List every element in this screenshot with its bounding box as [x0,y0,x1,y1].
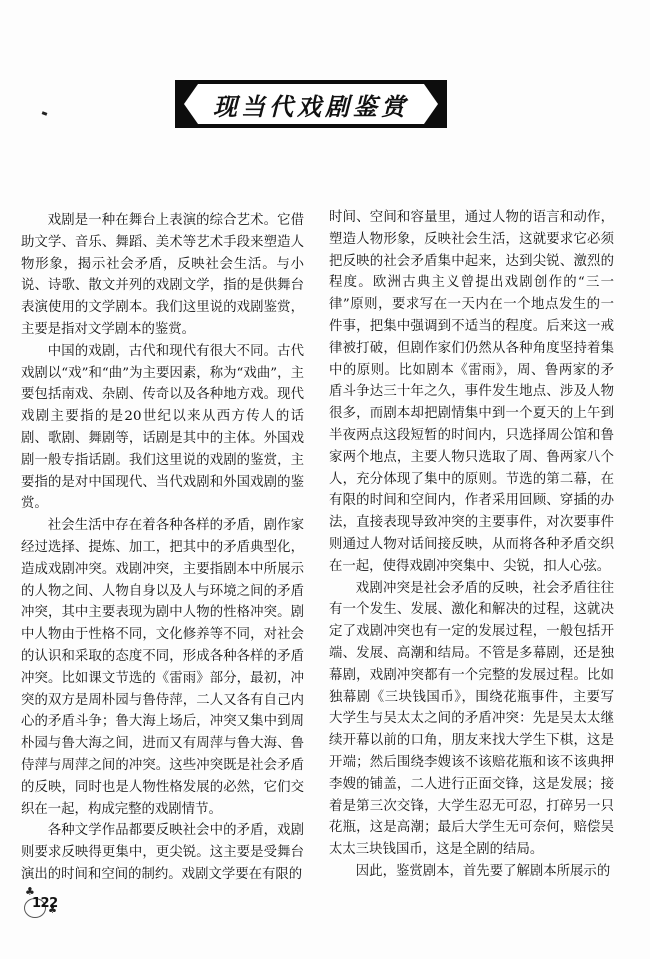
page-title: 现当代戏剧鉴赏 [213,87,409,122]
paragraph: 戏剧是一种在舞台上表演的综合艺术。它借助文学、音乐、舞蹈、美术等艺术手段来塑造人… [21,210,304,341]
title-banner-inner: 现当代戏剧鉴赏 [184,84,438,124]
page-number: 122 [32,896,58,911]
right-column: 时间、空间和容量里，通过人物的语言和动作，塑造人物形象，反映社会生活，这就要求它… [329,207,614,883]
paragraph: 社会生活中存在着各种各样的矛盾，剧作家经过选择、提炼、加工，把其中的矛盾典型化，… [21,515,304,820]
paragraph: 各种文学作品都要反映社会中的矛盾，戏剧则要求反映得更集中，更尖锐。这主要是受舞台… [21,820,304,885]
left-column: 戏剧是一种在舞台上表演的综合艺术。它借助文学、音乐、舞蹈、美术等艺术手段来塑造人… [21,210,304,886]
scan-speck [42,111,48,116]
paragraph: 戏剧冲突是社会矛盾的反映，社会矛盾往往有一个发生、发展、激化和解决的过程，这就决… [329,578,614,861]
paragraph-continued: 时间、空间和容量里，通过人物的语言和动作，塑造人物形象，反映社会生活，这就要求它… [329,207,614,578]
paragraph: 因此，鉴赏剧本，首先要了解剧本所展示的 [329,861,614,883]
title-banner: 现当代戏剧鉴赏 [175,80,447,128]
document-page: 现当代戏剧鉴赏 戏剧是一种在舞台上表演的综合艺术。它借助文学、音乐、舞蹈、美术等… [0,0,650,959]
page-number-ornament: ♣ ♣ 122 [22,884,62,924]
paragraph: 中国的戏剧，古代和现代有很大不同。古代戏剧以“戏”和“曲”为主要因素，称为“戏曲… [21,341,304,515]
